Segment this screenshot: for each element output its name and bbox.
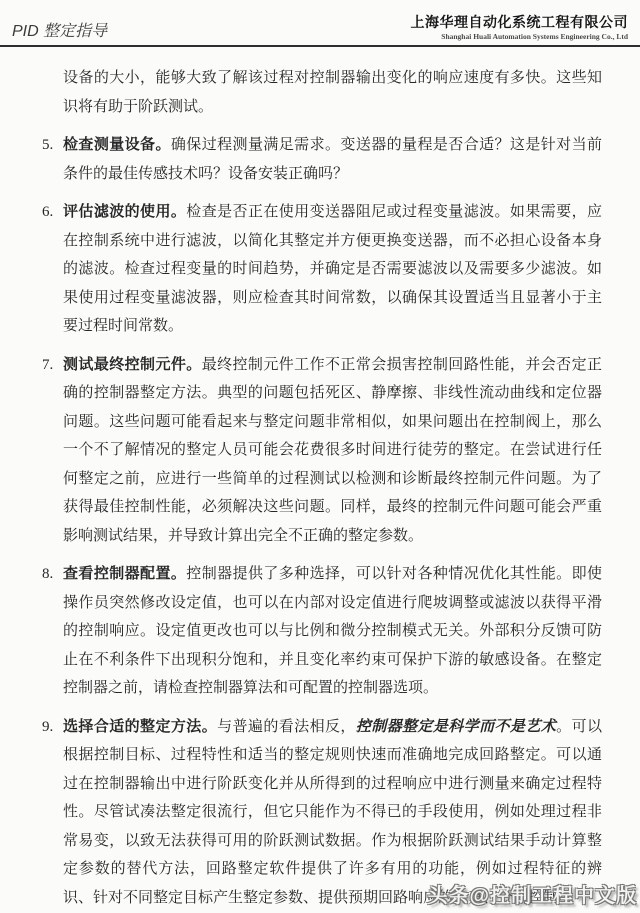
item-body-text-2: 。可以根据控制目标、过程特性和适当的整定规则快速而准确地完成回路整定。可以通过在… — [63, 719, 602, 906]
company-name-en: Shanghai Huali Automation Systems Engine… — [411, 33, 629, 42]
item-number: 9. — [42, 713, 53, 742]
list-item: 6. 评估滤波的使用。检查是否正在使用变送器阻尼或过程变量滤波。如果需要，应在控… — [42, 198, 602, 341]
item-label: 检查测量设备。 — [63, 137, 171, 153]
item-label: 选择合适的整定方法。 — [63, 719, 217, 735]
page-header: PID 整定指导 上海华理自动化系统工程有限公司 Shanghai Huali … — [0, 0, 640, 47]
item-label: 评估滤波的使用。 — [63, 204, 186, 220]
item-number: 8. — [42, 560, 53, 589]
item-body-text: 检查是否正在使用变送器阻尼或过程变量滤波。如果需要，应在控制系统中进行滤波，以简… — [63, 204, 602, 334]
document-page: PID 整定指导 上海华理自动化系统工程有限公司 Shanghai Huali … — [0, 0, 640, 912]
company-block: 上海华理自动化系统工程有限公司 Shanghai Huali Automatio… — [411, 16, 629, 42]
item-number: 6. — [42, 198, 53, 227]
tuning-steps-list: 5. 检查测量设备。确保过程测量满足需求。变送器的量程是否合适？这是针对当前条件… — [42, 131, 602, 912]
list-item: 7. 测试最终控制元件。最终控制元件工作不正常会损害控制回路性能，并会否定正确的… — [42, 351, 602, 551]
item-label: 查看控制器配置。 — [63, 566, 186, 582]
intro-paragraph: 设备的大小，能够大致了解该过程对控制器输出变化的响应速度有多快。这些知识将有助于… — [63, 64, 602, 121]
item-body-text: 控制器提供了多种选择，可以针对各种情况优化其性能。即使操作员突然修改设定值，也可… — [63, 566, 602, 696]
company-name-cn: 上海华理自动化系统工程有限公司 — [411, 16, 629, 32]
doc-title: PID 整定指导 — [12, 18, 107, 42]
item-number: 7. — [42, 351, 53, 380]
list-item: 8. 查看控制器配置。控制器提供了多种选择，可以针对各种情况优化其性能。即使操作… — [42, 560, 602, 703]
watermark: 头条@控制工程中文版 — [427, 879, 637, 908]
item-emphasis: 控制器整定是科学而不是艺术 — [356, 719, 556, 735]
item-body-text: 与普遍的看法相反， — [217, 719, 356, 735]
item-label: 测试最终控制元件。 — [63, 357, 202, 373]
item-text: 检查测量设备。确保过程测量满足需求。变送器的量程是否合适？这是针对当前条件的最佳… — [63, 131, 602, 188]
list-item: 5. 检查测量设备。确保过程测量满足需求。变送器的量程是否合适？这是针对当前条件… — [42, 131, 602, 188]
item-body-text: 最终控制元件工作不正常会损害控制回路性能，并会否定正确的控制器整定方法。典型的问… — [63, 357, 602, 544]
item-text: 查看控制器配置。控制器提供了多种选择，可以针对各种情况优化其性能。即使操作员突然… — [63, 560, 602, 703]
item-number: 5. — [42, 131, 53, 160]
item-text: 测试最终控制元件。最终控制元件工作不正常会损害控制回路性能，并会否定正确的控制器… — [63, 351, 602, 551]
item-text: 评估滤波的使用。检查是否正在使用变送器阻尼或过程变量滤波。如果需要，应在控制系统… — [63, 198, 602, 341]
page-body: 设备的大小，能够大致了解该过程对控制器输出变化的响应速度有多快。这些知识将有助于… — [0, 47, 640, 912]
